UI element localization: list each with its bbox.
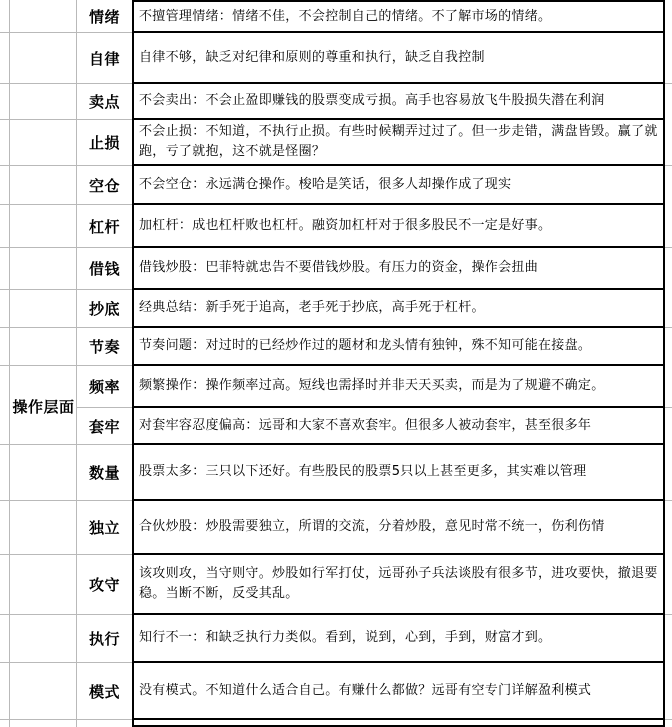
right-margin-cell — [665, 366, 672, 408]
description-cell[interactable]: 不会空仓：永远满仓操作。梭哈是笑话，很多人却操作成了现实 — [132, 166, 665, 205]
table-row: 卖点 不会卖出：不会止盈即赚钱的股票变成亏损。高手也容易放飞牛股损失潜在利润 — [0, 84, 672, 120]
description-text: 不擅管理情绪：情绪不佳，不会控制自己的情绪。不了解市场的情绪。 — [139, 7, 551, 27]
description-cell[interactable]: 合伙炒股：炒股需要独立，所谓的交流，分着炒股，意见时常不统一，伤利伤情 — [132, 501, 665, 555]
right-margin-cell — [665, 33, 672, 84]
category-cell[interactable]: 执行 — [77, 615, 132, 663]
category-label: 套牢 — [89, 416, 120, 437]
category-label: 独立 — [89, 517, 120, 538]
category-label: 自律 — [89, 48, 120, 69]
category-cell[interactable]: 杠杆 — [77, 205, 132, 248]
description-cell[interactable]: 自律不够，缺乏对纪律和原则的尊重和执行，缺乏自我控制 — [132, 33, 665, 84]
group-column-cell — [10, 120, 77, 166]
description-cell[interactable]: 对套牢容忍度偏高：远哥和大家不喜欢套牢。但很多人被动套牢，甚至很多年 — [132, 408, 665, 445]
group-column-cell — [10, 663, 77, 720]
description-cell[interactable]: 不会止损：不知道，不执行止损。有些时候糊弄过过了。但一步走错，满盘皆毁。赢了就跑… — [132, 120, 665, 166]
category-cell[interactable]: 攻守 — [77, 555, 132, 615]
description-text: 经典总结：新手死于追高，老手死于抄底，高手死于杠杆。 — [139, 298, 485, 318]
gutter-cell-left — [0, 120, 10, 166]
description-text: 不会空仓：永远满仓操作。梭哈是笑话，很多人却操作成了现实 — [139, 175, 511, 195]
spreadsheet-view: 情绪 不擅管理情绪：情绪不佳，不会控制自己的情绪。不了解市场的情绪。 自律 自律… — [0, 0, 672, 727]
category-cell[interactable]: 自律 — [77, 33, 132, 84]
category-label: 模式 — [89, 681, 120, 702]
description-cell[interactable]: 频繁操作：操作频率过高。短线也需择时并非天天买卖，而是为了规避不确定。 — [132, 366, 665, 408]
description-text: 借钱炒股：巴菲特就忠告不要借钱炒股。有压力的资金，操作会扭曲 — [139, 258, 538, 278]
description-text: 股票太多：三只以下还好。有些股民的股票5只以上甚至更多，其实难以管理 — [139, 462, 586, 482]
description-text: 不会止损：不知道，不执行止损。有些时候糊弄过过了。但一步走错，满盘皆毁。赢了就跑… — [139, 122, 659, 162]
description-text: 频繁操作：操作频率过高。短线也需择时并非天天买卖，而是为了规避不确定。 — [139, 376, 605, 396]
description-cell[interactable]: 没有模式。不知道什么适合自己。有赚什么都做？远哥有空专门详解盈利模式 — [132, 663, 665, 720]
category-label: 借钱 — [89, 258, 120, 279]
description-cell[interactable]: 不会卖出：不会止盈即赚钱的股票变成亏损。高手也容易放飞牛股损失潜在利润 — [132, 84, 665, 120]
description-text: 对套牢容忍度偏高：远哥和大家不喜欢套牢。但很多人被动套牢，甚至很多年 — [139, 416, 591, 436]
gutter-cell-left — [0, 615, 10, 663]
category-label: 空仓 — [89, 175, 120, 196]
group-column-cell — [10, 248, 77, 290]
description-cell[interactable]: 股票太多：三只以下还好。有些股民的股票5只以上甚至更多，其实难以管理 — [132, 445, 665, 501]
gutter-cell-left — [0, 366, 10, 408]
category-cell[interactable]: 空仓 — [77, 166, 132, 205]
category-cell[interactable]: 独立 — [77, 501, 132, 555]
category-label: 执行 — [89, 628, 120, 649]
category-cell[interactable]: 模式 — [77, 663, 132, 720]
right-margin-cell — [665, 166, 672, 205]
group-column-cell — [10, 0, 77, 33]
gutter-cell-left — [0, 555, 10, 615]
table-row: 情绪 不擅管理情绪：情绪不佳，不会控制自己的情绪。不了解市场的情绪。 — [0, 0, 672, 33]
group-column-cell — [10, 166, 77, 205]
description-cell[interactable]: 不擅管理情绪：情绪不佳，不会控制自己的情绪。不了解市场的情绪。 — [132, 0, 665, 33]
right-margin-cell — [665, 720, 672, 727]
table-row: 攻守 该攻则攻，当守则守。炒股如行军打仗，远哥孙子兵法谈股有很多节，进攻要快，撤… — [0, 555, 672, 615]
table-row: 止损 不会止损：不知道，不执行止损。有些时候糊弄过过了。但一步走错，满盘皆毁。赢… — [0, 120, 672, 166]
category-cell[interactable]: 套牢 — [77, 408, 132, 445]
right-margin-cell — [665, 120, 672, 166]
table-row: 节奏 节奏问题：对过时的已经炒作过的题材和龙头情有独钟，殊不知可能在接盘。 — [0, 328, 672, 366]
description-cell[interactable]: 节奏问题：对过时的已经炒作过的题材和龙头情有独钟，殊不知可能在接盘。 — [132, 328, 665, 366]
right-margin-cell — [665, 445, 672, 501]
category-cell[interactable]: 卖点 — [77, 84, 132, 120]
group-column-cell — [10, 555, 77, 615]
table-row: 独立 合伙炒股：炒股需要独立，所谓的交流，分着炒股，意见时常不统一，伤利伤情 — [0, 501, 672, 555]
description-text: 该攻则攻，当守则守。炒股如行军打仗，远哥孙子兵法谈股有很多节，进攻要快，撤退要稳… — [139, 564, 659, 604]
gutter-cell-left — [0, 663, 10, 720]
right-margin-cell — [665, 290, 672, 328]
group-column-cell — [10, 501, 77, 555]
description-cell[interactable]: 知行不一：和缺乏执行力类似。看到，说到，心到，手到，财富才到。 — [132, 615, 665, 663]
category-label: 卖点 — [89, 91, 120, 112]
description-text: 自律不够，缺乏对纪律和原则的尊重和执行，缺乏自我控制 — [139, 48, 485, 68]
table-row: 套牢 对套牢容忍度偏高：远哥和大家不喜欢套牢。但很多人被动套牢，甚至很多年 — [0, 408, 672, 445]
description-text: 不会卖出：不会止盈即赚钱的股票变成亏损。高手也容易放飞牛股损失潜在利润 — [139, 91, 605, 111]
gutter-cell-left — [0, 0, 10, 33]
gutter-cell-left — [0, 33, 10, 84]
category-cell[interactable]: 止损 — [77, 120, 132, 166]
table-row: 数量 股票太多：三只以下还好。有些股民的股票5只以上甚至更多，其实难以管理 — [0, 445, 672, 501]
category-label: 抄底 — [89, 298, 120, 319]
table-row: 借钱 借钱炒股：巴菲特就忠告不要借钱炒股。有压力的资金，操作会扭曲 — [0, 248, 672, 290]
category-label: 止损 — [89, 132, 120, 153]
group-column-cell — [10, 33, 77, 84]
table-row: 杠杆 加杠杆：成也杠杆败也杠杆。融资加杠杆对于很多股民不一定是好事。 — [0, 205, 672, 248]
table-row: 频率 频繁操作：操作频率过高。短线也需择时并非天天买卖，而是为了规避不确定。 — [0, 366, 672, 408]
gutter-cell-left — [0, 290, 10, 328]
gutter-cell-left — [0, 408, 10, 445]
gutter-cell-left — [0, 328, 10, 366]
table-row: 自律 自律不够，缺乏对纪律和原则的尊重和执行，缺乏自我控制 — [0, 33, 672, 84]
right-margin-cell — [665, 0, 672, 33]
table: 情绪 不擅管理情绪：情绪不佳，不会控制自己的情绪。不了解市场的情绪。 自律 自律… — [0, 0, 672, 727]
description-text: 合伙炒股：炒股需要独立，所谓的交流，分着炒股，意见时常不统一，伤利伤情 — [139, 517, 605, 537]
category-cell[interactable]: 节奏 — [77, 328, 132, 366]
category-cell[interactable]: 情绪 — [77, 0, 132, 33]
right-margin-cell — [665, 408, 672, 445]
description-text: 加杠杆：成也杠杆败也杠杆。融资加杠杆对于很多股民不一定是好事。 — [139, 216, 551, 236]
table-row: 执行 知行不一：和缺乏执行力类似。看到，说到，心到，手到，财富才到。 — [0, 615, 672, 663]
group-column-cell — [10, 290, 77, 328]
category-label: 攻守 — [89, 574, 120, 595]
category-cell[interactable]: 借钱 — [77, 248, 132, 290]
description-cell[interactable]: 加杠杆：成也杠杆败也杠杆。融资加杠杆对于很多股民不一定是好事。 — [132, 205, 665, 248]
category-cell[interactable] — [77, 720, 132, 727]
category-cell[interactable]: 频率 — [77, 366, 132, 408]
group-column-cell — [10, 445, 77, 501]
table-row: 模式 没有模式。不知道什么适合自己。有赚什么都做？远哥有空专门详解盈利模式 — [0, 663, 672, 720]
group-column-cell — [10, 328, 77, 366]
gutter-cell-left — [0, 501, 10, 555]
category-cell[interactable]: 数量 — [77, 445, 132, 501]
category-label: 数量 — [89, 462, 120, 483]
group-column-cell — [10, 720, 77, 727]
right-margin-cell — [665, 663, 672, 720]
group-column-cell — [10, 615, 77, 663]
description-cell[interactable]: 借钱炒股：巴菲特就忠告不要借钱炒股。有压力的资金，操作会扭曲 — [132, 248, 665, 290]
table-row: 空仓 不会空仓：永远满仓操作。梭哈是笑话，很多人却操作成了现实 — [0, 166, 672, 205]
gutter-cell-left — [0, 445, 10, 501]
group-column-cell — [10, 205, 77, 248]
category-label: 情绪 — [89, 6, 120, 27]
group-label: 操作层面 — [10, 396, 77, 417]
category-label: 频率 — [89, 376, 120, 397]
category-label: 杠杆 — [89, 216, 120, 237]
gutter-cell-left — [0, 84, 10, 120]
category-cell[interactable]: 抄底 — [77, 290, 132, 328]
right-margin-cell — [665, 615, 672, 663]
right-margin-cell — [665, 501, 672, 555]
gutter-cell-left — [0, 720, 10, 727]
right-margin-cell — [665, 555, 672, 615]
description-cell[interactable] — [132, 720, 665, 727]
description-cell[interactable]: 该攻则攻，当守则守。炒股如行军打仗，远哥孙子兵法谈股有很多节，进攻要快，撤退要稳… — [132, 555, 665, 615]
gutter-cell-left — [0, 205, 10, 248]
right-margin-cell — [665, 248, 672, 290]
group-column-cell — [10, 84, 77, 120]
right-margin-cell — [665, 205, 672, 248]
table-row: 抄底 经典总结：新手死于追高，老手死于抄底，高手死于杠杆。 — [0, 290, 672, 328]
table-row — [0, 720, 672, 727]
right-margin-cell — [665, 84, 672, 120]
category-label: 节奏 — [89, 336, 120, 357]
description-text: 没有模式。不知道什么适合自己。有赚什么都做？远哥有空专门详解盈利模式 — [139, 681, 591, 701]
gutter-cell-left — [0, 166, 10, 205]
description-text: 知行不一：和缺乏执行力类似。看到，说到，心到，手到，财富才到。 — [139, 628, 551, 648]
description-cell[interactable]: 经典总结：新手死于追高，老手死于抄底，高手死于杠杆。 — [132, 290, 665, 328]
gutter-cell-left — [0, 248, 10, 290]
description-text: 节奏问题：对过时的已经炒作过的题材和龙头情有独钟，殊不知可能在接盘。 — [139, 336, 591, 356]
right-margin-cell — [665, 328, 672, 366]
